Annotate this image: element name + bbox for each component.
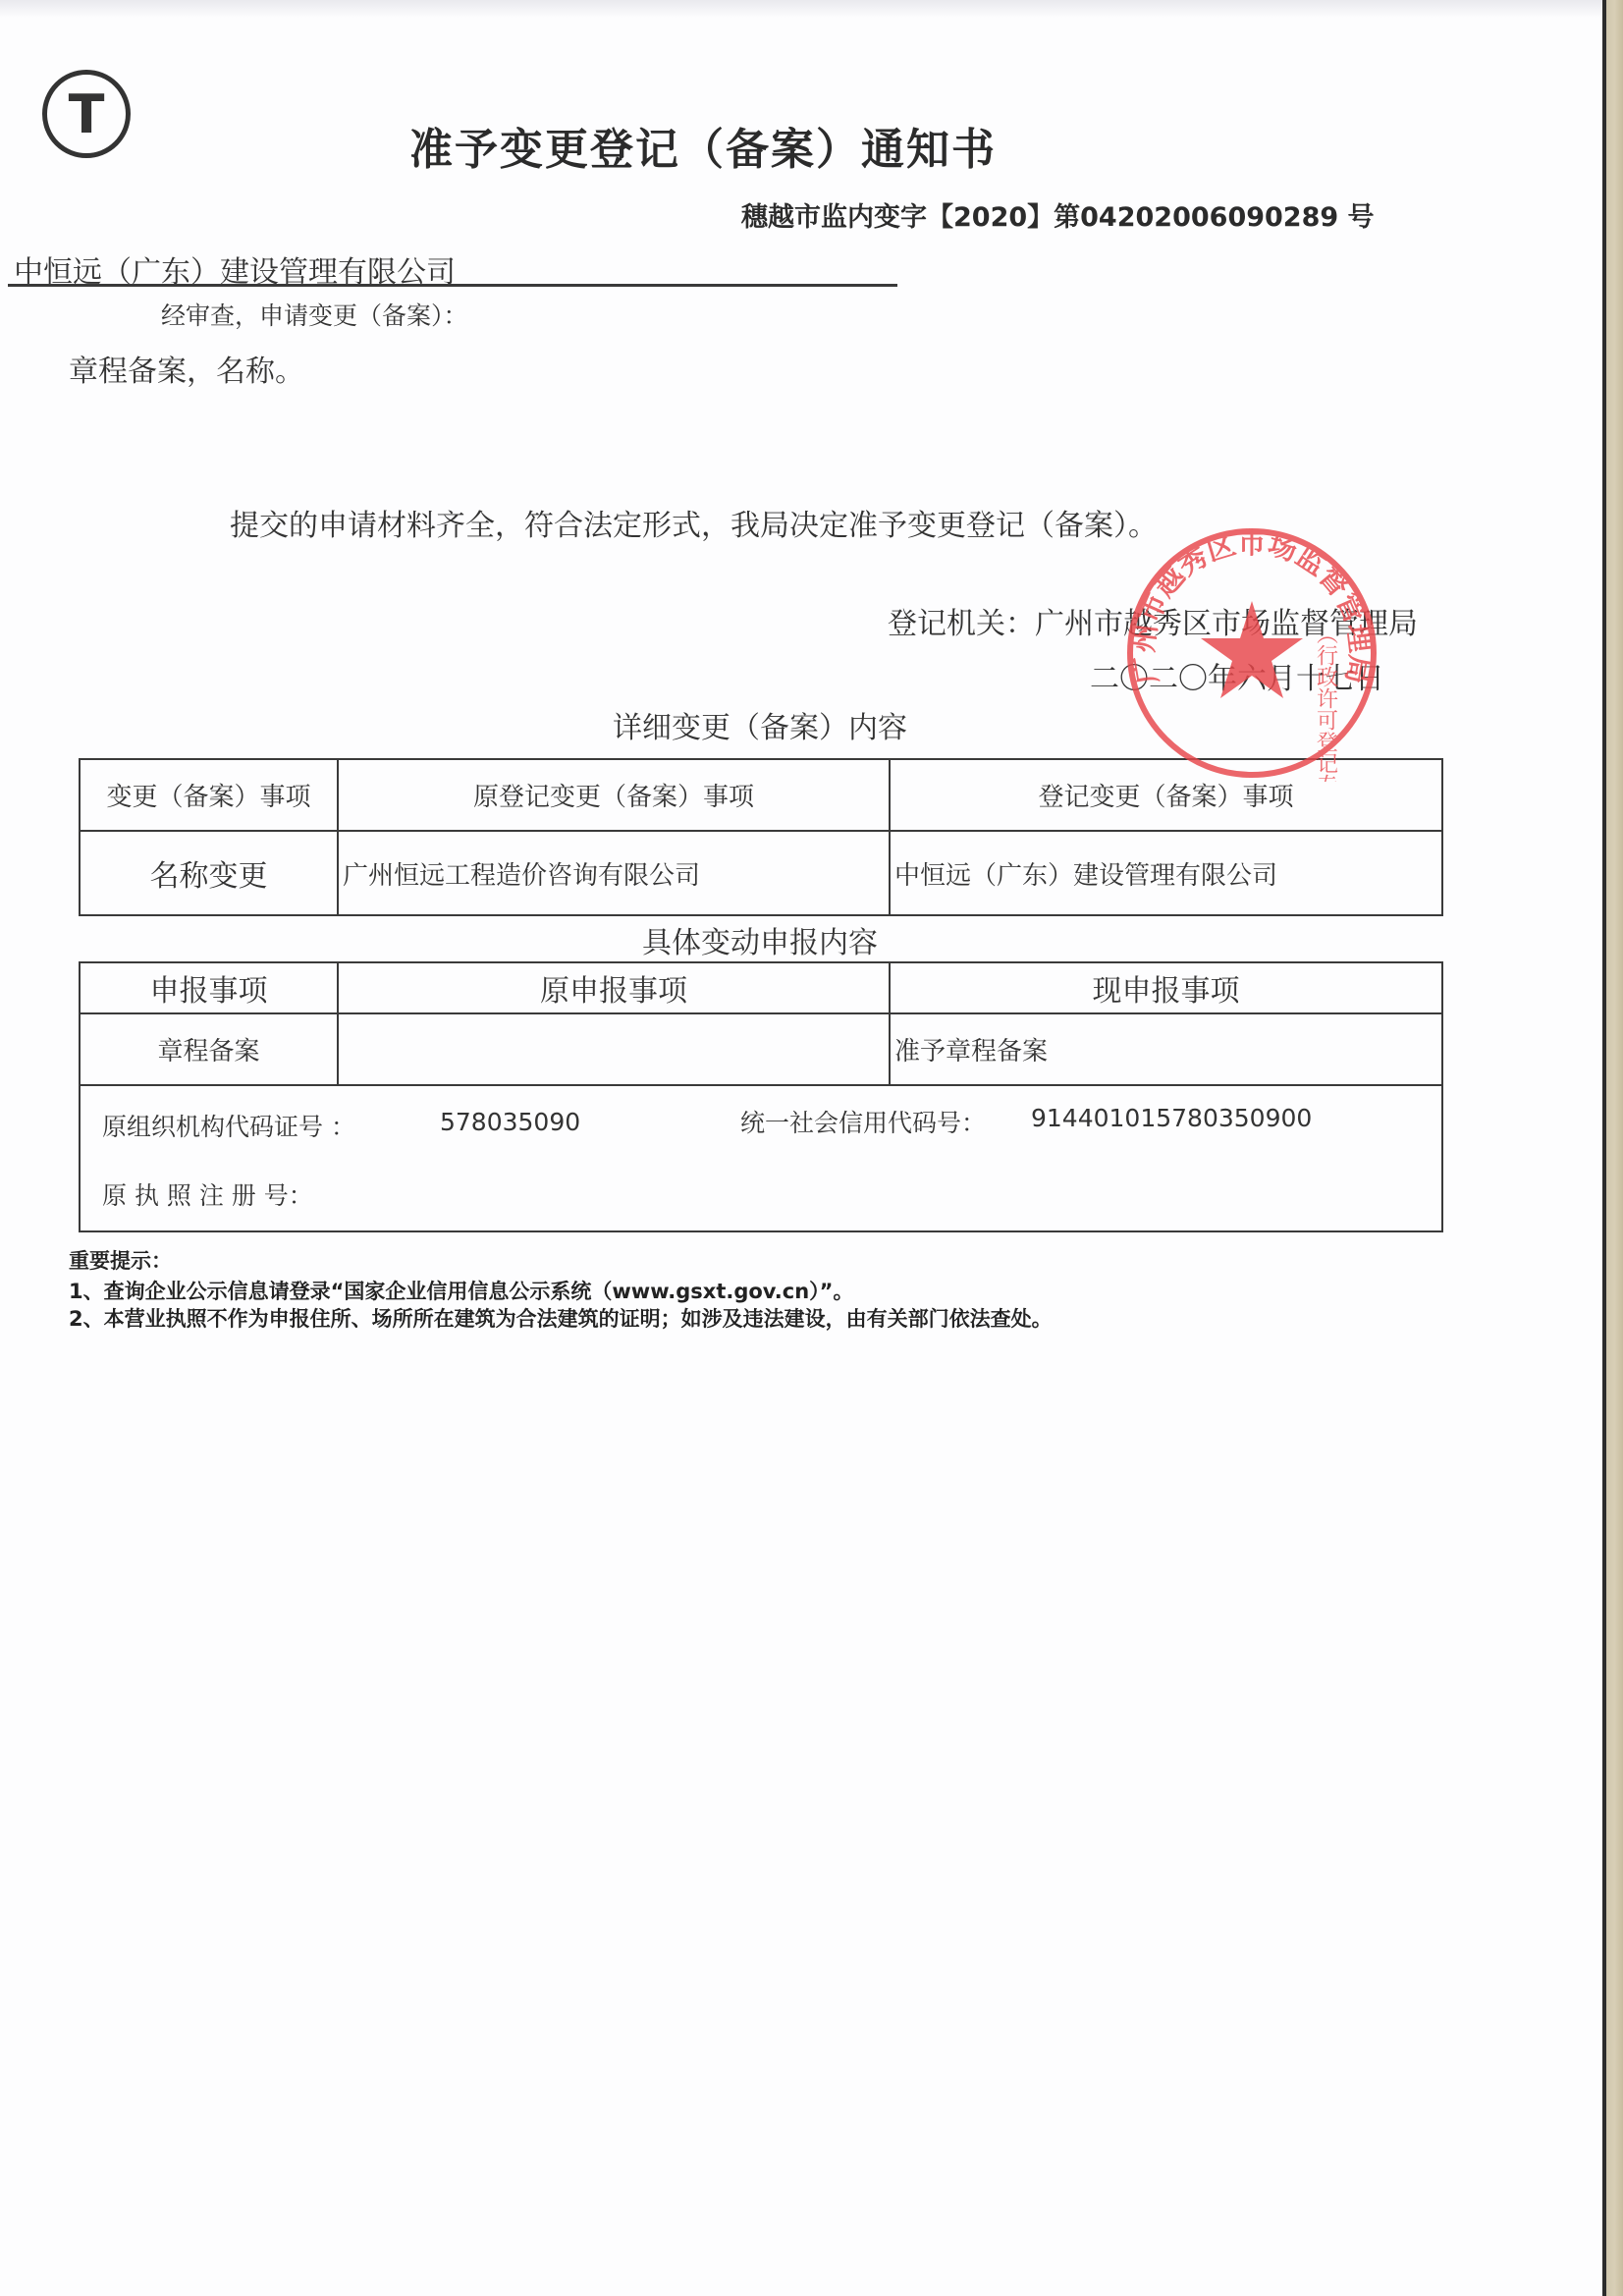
- decision-text: 提交的申请材料齐全，符合法定形式，我局决定准予变更登记（备案）。: [230, 501, 1158, 544]
- document-number: 穗越市监内变字【2020】第04202006090289 号: [741, 195, 1375, 234]
- original-value-cell: 广州恒远工程造价咨询有限公司: [338, 831, 890, 915]
- filing-original-cell: [338, 1013, 890, 1085]
- org-code-value: 578035090: [440, 1108, 580, 1136]
- t-mark-letter: T: [69, 83, 105, 145]
- credit-code-value: 914401015780350900: [1031, 1104, 1312, 1132]
- t-circle-icon: T: [42, 70, 131, 158]
- details-table: 变更（备案）事项 原登记变更（备案）事项 登记变更（备案）事项 名称变更 广州恒…: [79, 758, 1443, 916]
- filing-header-row: 申报事项 原申报事项 现申报事项: [80, 962, 1442, 1013]
- registration-authority: 登记机关：广州市越秀区市场监督管理局: [888, 599, 1418, 642]
- notes-heading: 重要提示：: [69, 1245, 172, 1275]
- table-row: 章程备案 准予章程备案: [80, 1013, 1442, 1085]
- review-intro: 经审查，申请变更（备案）：: [161, 297, 468, 332]
- details-header-cell: 变更（备案）事项: [80, 759, 338, 831]
- org-code-label: 原组织机构代码证号 ：: [102, 1108, 355, 1143]
- credit-code-label: 统一社会信用代码号：: [740, 1104, 986, 1139]
- note-item: 1、查询企业公示信息请登录“国家企业信用信息公示系统（www.gsxt.gov.…: [69, 1276, 853, 1305]
- details-header-cell: 登记变更（备案）事项: [890, 759, 1442, 831]
- table-row: 名称变更 广州恒远工程造价咨询有限公司 中恒远（广东）建设管理有限公司: [80, 831, 1442, 915]
- details-header-cell: 原登记变更（备案）事项: [338, 759, 890, 831]
- details-title: 详细变更（备案）内容: [0, 703, 1520, 746]
- filing-header-cell: 原申报事项: [338, 962, 890, 1013]
- filing-current-cell: 准予章程备案: [890, 1013, 1442, 1085]
- note-item: 2、本营业执照不作为申报住所、场所所在建筑为合法建筑的证明；如涉及违法建设，由有…: [69, 1303, 1053, 1333]
- filing-header-cell: 申报事项: [80, 962, 338, 1013]
- change-type-cell: 名称变更: [80, 831, 338, 915]
- filing-title: 具体变动申报内容: [0, 918, 1520, 961]
- new-value-cell: 中恒远（广东）建设管理有限公司: [890, 831, 1442, 915]
- scanner-background: [1606, 0, 1623, 2296]
- scan-shadow: [0, 0, 1602, 18]
- license-number-label: 原 执 照 注 册 号：: [102, 1176, 313, 1212]
- filing-item-cell: 章程备案: [80, 1013, 338, 1085]
- codes-row: 原组织机构代码证号 ： 578035090 统一社会信用代码号： 9144010…: [80, 1085, 1442, 1231]
- filing-header-cell: 现申报事项: [890, 962, 1442, 1013]
- document-title: 准予变更登记（备案）通知书: [409, 114, 997, 177]
- filing-table: 申报事项 原申报事项 现申报事项 章程备案 准予章程备案 原组织机构代码证号 ：…: [79, 961, 1443, 1232]
- details-header-row: 变更（备案）事项 原登记变更（备案）事项 登记变更（备案）事项: [80, 759, 1442, 831]
- addressee-underline: [8, 284, 897, 287]
- issue-date: 二〇二〇年六月十七日: [1090, 654, 1384, 697]
- codes-cell: 原组织机构代码证号 ： 578035090 统一社会信用代码号： 9144010…: [80, 1085, 1442, 1231]
- change-items: 章程备案，名称。: [69, 347, 304, 390]
